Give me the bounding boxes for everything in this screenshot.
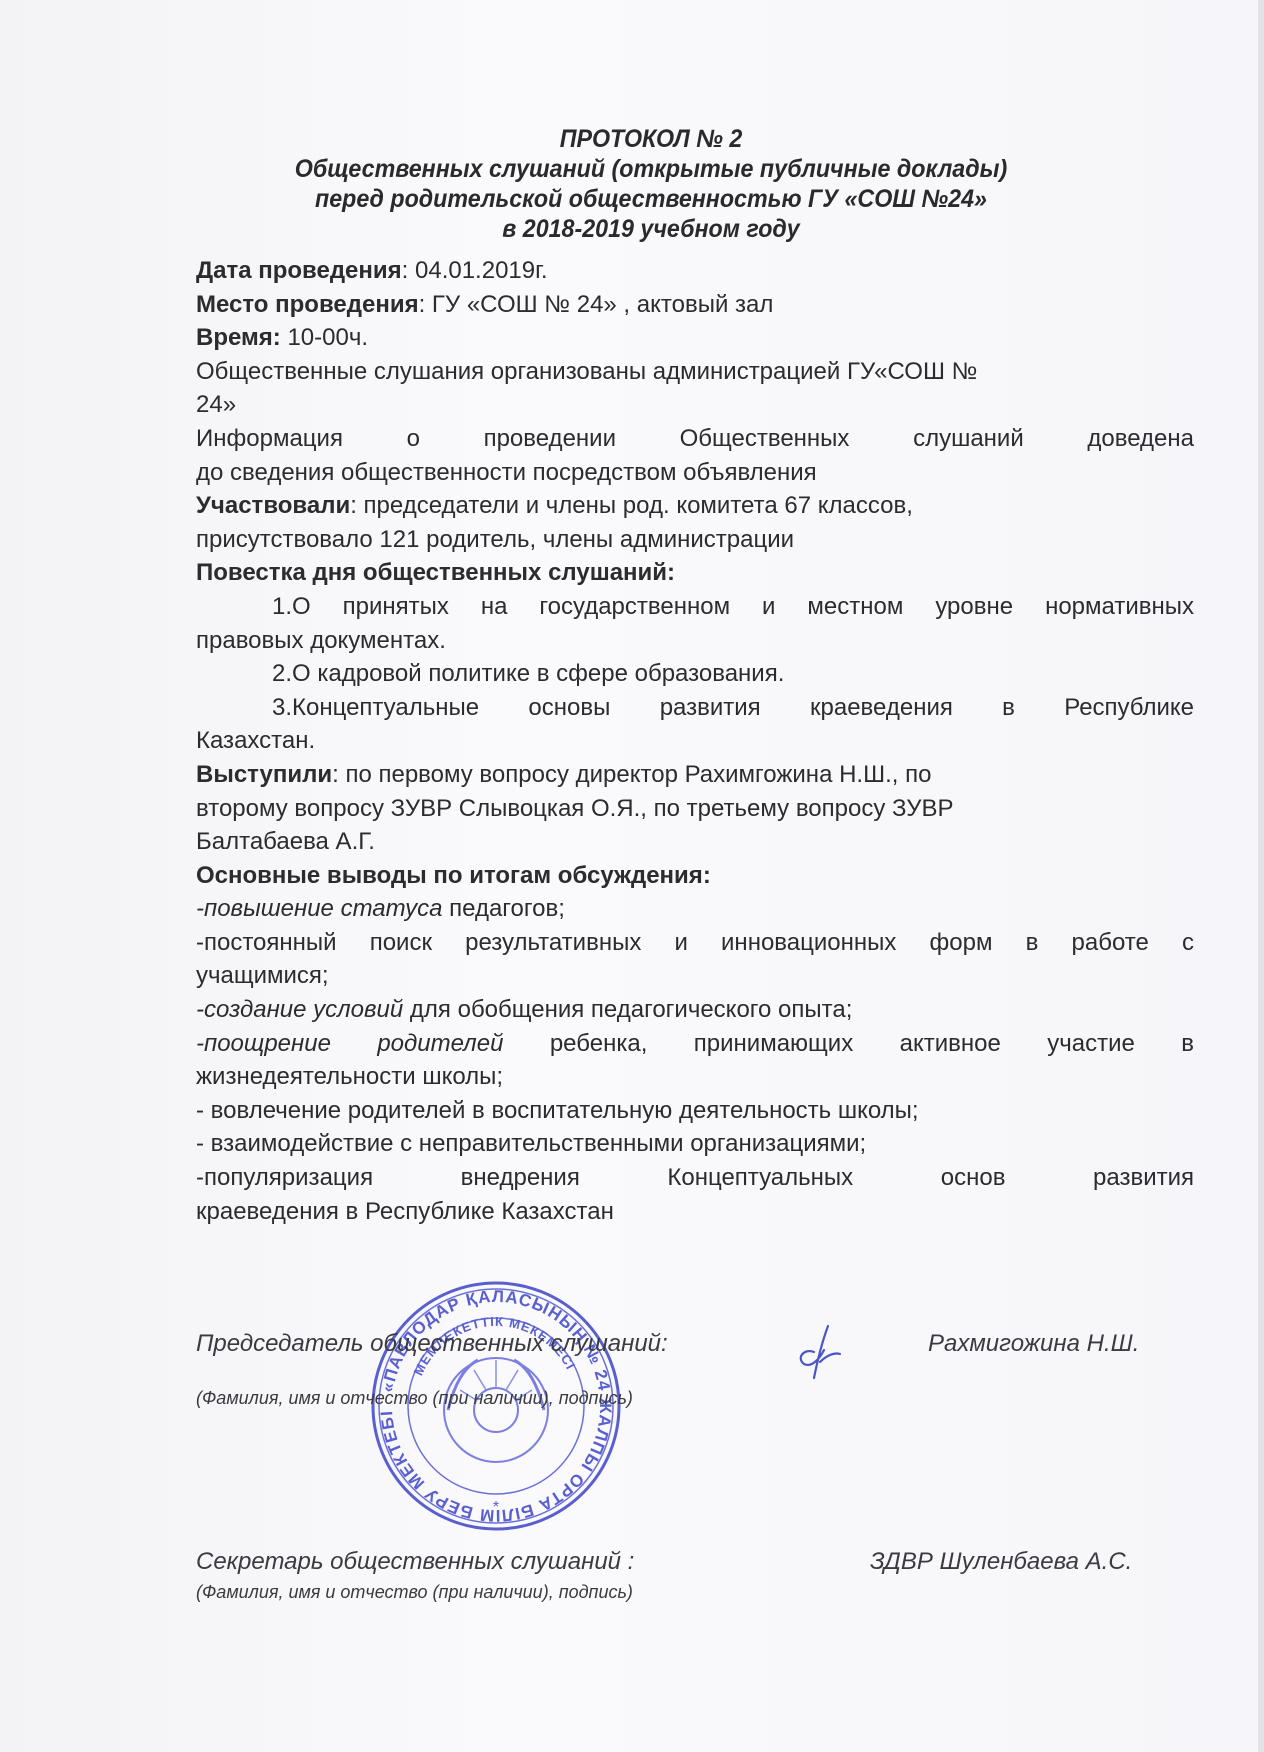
conclusion-2-cont: учащимися;: [196, 959, 1194, 993]
participants-line-2: присутствовало 121 родитель, члены админ…: [196, 523, 1194, 557]
participants-label: Участвовали: [196, 492, 350, 519]
protocol-subtitle-1: Общественных слушаний (открытые публичны…: [228, 154, 1074, 184]
conclusion-6: - взаимодействие с неправительственными …: [196, 1127, 1194, 1161]
place-label: Место проведения: [196, 291, 419, 318]
conclusion-1-text: педагогов;: [442, 895, 564, 922]
conclusion-3-text: для обобщения педагогического опыта;: [403, 996, 852, 1023]
agenda-item-1-cont: правовых документах.: [196, 624, 1194, 658]
signature-icon: [790, 1322, 850, 1382]
svg-text:*: *: [493, 1499, 499, 1516]
speakers-value: : по первому вопросу директор Рахимгожин…: [332, 761, 931, 788]
time-value: 10-00ч.: [281, 324, 368, 351]
conclusion-2: -постоянный поиск результативных и иннов…: [196, 926, 1194, 960]
agenda-item-3-cont: Казахстан.: [196, 724, 1194, 758]
document-header: ПРОТОКОЛ № 2 Общественных слушаний (откр…: [196, 124, 1106, 244]
protocol-title: ПРОТОКОЛ № 2: [228, 124, 1074, 154]
agenda-item-2: 2.О кадровой политике в сфере образовани…: [196, 657, 1194, 691]
document-body: Дата проведения: 04.01.2019г. Место пров…: [196, 254, 1194, 1228]
conclusions-heading: Основные выводы по итогам обсуждения:: [196, 859, 1194, 893]
participants-row: Участвовали: председатели и члены род. к…: [196, 489, 1194, 523]
agenda-item-3: 3.Концептуальные основы развития краевед…: [196, 691, 1194, 725]
conclusion-4: -поощрение родителей ребенка, принимающи…: [196, 1027, 1194, 1061]
secretary-label: Секретарь общественных слушаний :: [196, 1548, 634, 1576]
scan-edge: [1258, 0, 1264, 1752]
secretary-hint: (Фамилия, имя и отчество (при наличии), …: [196, 1582, 633, 1603]
time-label: Время:: [196, 324, 281, 351]
conclusion-1-emph: -повышение статуса: [196, 895, 442, 922]
chair-hint: (Фамилия, имя и отчество (при наличии), …: [196, 1388, 633, 1409]
participants-value: : председатели и члены род. комитета 67 …: [350, 492, 913, 519]
info-line-1: Информация о проведении Общественных слу…: [196, 422, 1194, 456]
speakers-line-3: Балтабаева А.Г.: [196, 825, 1194, 859]
organized-line-2: 24»: [196, 388, 1194, 422]
conclusion-7-cont: краеведения в Республике Казахстан: [196, 1195, 1194, 1229]
time-row: Время: 10-00ч.: [196, 321, 1194, 355]
date-label: Дата проведения: [196, 257, 402, 284]
chair-label: Председатель общественных слушаний:: [196, 1330, 668, 1358]
date-value: : 04.01.2019г.: [402, 257, 548, 284]
organized-line-1: Общественные слушания организованы админ…: [196, 355, 1194, 389]
conclusion-4-emph: -поощрение родителей: [196, 1030, 503, 1057]
conclusion-4-cont: жизнедеятельности школы;: [196, 1060, 1194, 1094]
speakers-row: Выступили: по первому вопросу директор Р…: [196, 758, 1194, 792]
conclusion-5: - вовлечение родителей в воспитательную …: [196, 1094, 1194, 1128]
conclusion-3: -создание условий для обобщения педагоги…: [196, 993, 1194, 1027]
protocol-subtitle-3: в 2018-2019 учебном году: [228, 214, 1074, 244]
speakers-label: Выступили: [196, 761, 332, 788]
conclusion-1: -повышение статуса педагогов;: [196, 892, 1194, 926]
agenda-heading: Повестка дня общественных слушаний:: [196, 556, 1194, 590]
speakers-line-2: второму вопросу ЗУВР Слывоцкая О.Я., по …: [196, 792, 1194, 826]
conclusion-3-emph: -создание условий: [196, 996, 403, 1023]
date-row: Дата проведения: 04.01.2019г.: [196, 254, 1194, 288]
place-row: Место проведения: ГУ «СОШ № 24» , актовы…: [196, 288, 1194, 322]
chair-name: Рахмигожина Н.Ш.: [928, 1330, 1139, 1358]
place-value: : ГУ «СОШ № 24» , актовый зал: [419, 291, 774, 318]
agenda-item-1: 1.О принятых на государственном и местно…: [196, 590, 1194, 624]
conclusion-4-text: ребенка, принимающих активное участие в: [503, 1030, 1194, 1057]
protocol-subtitle-2: перед родительской общественностью ГУ «С…: [228, 184, 1074, 214]
secretary-name: ЗДВР Шуленбаева А.С.: [870, 1548, 1132, 1576]
conclusion-7: -популяризация внедрения Концептуальных …: [196, 1161, 1194, 1195]
info-line-2: до сведения общественности посредством о…: [196, 456, 1194, 490]
